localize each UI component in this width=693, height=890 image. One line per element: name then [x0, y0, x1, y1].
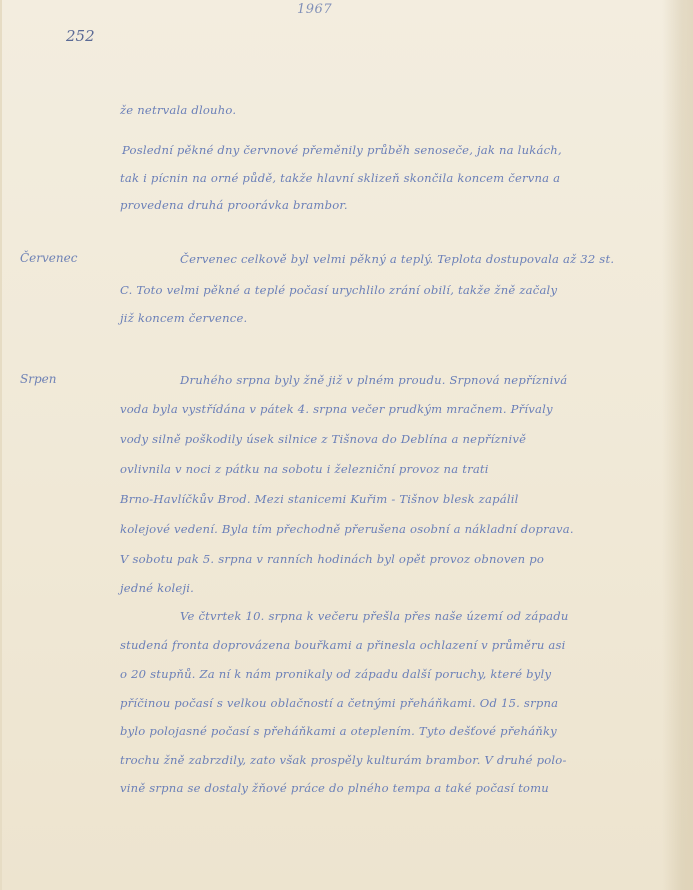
text-line: V sobotu pak 5. srpna v ranních hodinách… — [120, 552, 544, 566]
text-line: kolejové vedení. Byla tím přechodně přer… — [120, 522, 574, 536]
text-line: Poslední pěkné dny červnové přeměnily pr… — [122, 143, 562, 157]
text-line: že netrvala dlouho. — [120, 103, 236, 117]
document-page: 1967 252 že netrvala dlouho. Poslední pě… — [0, 0, 693, 890]
text-line: jedné koleji. — [120, 581, 194, 595]
text-line: tak i pícnin na orné půdě, takže hlavní … — [120, 171, 560, 185]
margin-label-month: Srpen — [20, 372, 56, 386]
text-line: bylo polojasné počasí s přeháňkami a ote… — [120, 724, 557, 738]
text-line: provedena druhá proorávka brambor. — [120, 198, 348, 212]
text-line: vině srpna se dostaly žňové práce do pln… — [120, 781, 549, 795]
text-line: o 20 stupňů. Za ní k nám pronikaly od zá… — [120, 667, 551, 681]
text-line: vody silně poškodily úsek silnice z Tišn… — [120, 432, 526, 446]
text-line: Druhého srpna byly žně již v plném proud… — [180, 373, 567, 387]
text-line: ovlivnila v noci z pátku na sobotu i žel… — [120, 462, 489, 476]
year-heading: 1967 — [297, 2, 332, 17]
text-line: příčinou počasí s velkou oblačností a če… — [120, 696, 558, 710]
text-line: voda byla vystřídána v pátek 4. srpna ve… — [120, 402, 553, 416]
text-line: Ve čtvrtek 10. srpna k večeru přešla pře… — [180, 609, 569, 623]
text-line: trochu žně zabrzdily, zato však prospěly… — [120, 753, 567, 767]
page-number: 252 — [66, 27, 95, 45]
text-line: Brno-Havlíčkův Brod. Mezi stanicemi Kuři… — [120, 492, 519, 506]
text-line: již koncem července. — [120, 311, 247, 325]
text-line: studená fronta doprovázena bouřkami a př… — [120, 638, 566, 652]
text-line: Červenec celkově byl velmi pěkný a teplý… — [180, 252, 614, 266]
text-line: C. Toto velmi pěkné a teplé počasí urych… — [120, 283, 557, 297]
margin-label-month: Červenec — [20, 251, 77, 265]
